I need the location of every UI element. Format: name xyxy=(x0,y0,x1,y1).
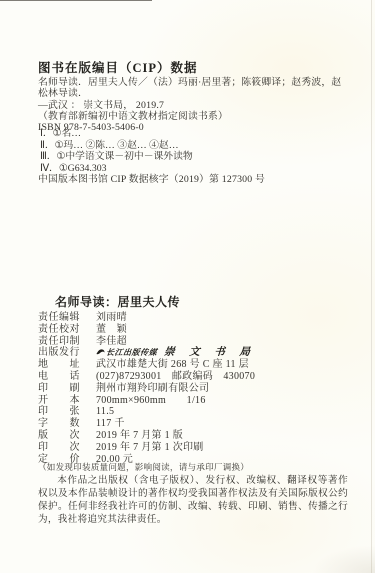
cip-section-title: 图书在版编目（CIP）数据 xyxy=(38,58,198,76)
row-value: 11.5 xyxy=(96,406,114,418)
row-value: 武汉市雄楚大街 268 号 C 座 11 层 xyxy=(96,359,249,371)
page-right-edge-line xyxy=(371,0,372,573)
row-value: 董 颖 xyxy=(96,324,127,336)
copyright-notice-paragraph: 本作品之出版权（含电子版权）、发行权、改编权、翻译权等著作权以及本作品装帧设计的… xyxy=(38,474,348,526)
colophon-row-format: 开 本 700mm×960mm 1/16 xyxy=(38,395,350,407)
row-label: 地 址 xyxy=(38,359,82,371)
classification-item-2: Ⅱ．①玛… ②陈… ③赵… ④赵… xyxy=(40,140,340,152)
row-label: 电 话 xyxy=(38,371,82,383)
colophon-row-publisher: 出版发行 长江出版传媒 崇 文 书 局 xyxy=(38,347,350,359)
row-label: 印 次 xyxy=(38,442,82,454)
row-label: 责任校对 xyxy=(38,324,82,336)
chongwen-imprint-logo: 崇 文 书 局 xyxy=(164,347,257,359)
cip-desc-line-3: （教育部新编初中语文教材指定阅读书系） xyxy=(38,111,350,122)
row-label: 印 张 xyxy=(38,406,82,418)
row-label: 版 次 xyxy=(38,430,82,442)
book-title: 名师导读：居里夫人传 xyxy=(55,293,180,310)
row-value: 2019 年 7 月第 1 次印刷 xyxy=(96,442,204,454)
row-value: 李佳超 xyxy=(96,336,127,348)
classification-item-1: Ⅰ．①名… xyxy=(40,128,340,140)
row-value: 刘雨晴 xyxy=(96,312,127,324)
colophon-table: 责任编辑 刘雨晴 责任校对 董 颖 责任印制 李佳超 出版发行 长江出版传媒 崇… xyxy=(38,312,350,465)
row-value: (027)87293001 邮政编码 430070 xyxy=(96,371,255,383)
colophon-row-sheets: 印 张 11.5 xyxy=(38,406,350,418)
page-top-edge-line xyxy=(0,0,152,1)
colophon-row-impression: 印 次 2019 年 7 月第 1 次印刷 xyxy=(38,442,350,454)
row-value: 117 千 xyxy=(96,418,125,430)
print-quality-note: （如发现印装质量问题，影响阅读，请与承印厂调换） xyxy=(38,461,350,473)
colophon-row-address: 地 址 武汉市雄楚大街 268 号 C 座 11 层 xyxy=(38,359,350,371)
colophon-row-edition: 版 次 2019 年 7 月第 1 版 xyxy=(38,430,350,442)
publisher-logo: 长江出版传媒 崇 文 书 局 xyxy=(96,347,256,360)
row-value: 荆州市翔羚印刷有限公司 xyxy=(96,383,209,395)
classification-item-3: Ⅲ．①中学语文课－初中－课外读物 xyxy=(40,151,340,163)
book-copyright-page: 图书在版编目（CIP）数据 名师导读．居里夫人传／（法）玛丽·居里著；陈筱卿译；… xyxy=(0,0,375,573)
row-label: 出版发行 xyxy=(38,347,82,359)
colophon-row-wordcount: 字 数 117 千 xyxy=(38,418,350,430)
colophon-row-phone: 电 话 (027)87293001 邮政编码 430070 xyxy=(38,371,350,383)
colophon-row-printing-supervisor: 责任印制 李佳超 xyxy=(38,336,350,348)
wave-swoosh-icon xyxy=(95,348,105,360)
row-label: 责任印制 xyxy=(38,336,82,348)
row-label: 字 数 xyxy=(38,418,82,430)
cip-classification-list: Ⅰ．①名… Ⅱ．①玛… ②陈… ③赵… ④赵… Ⅲ．①中学语文课－初中－课外读物… xyxy=(40,128,340,174)
cip-desc-line-1: 名师导读．居里夫人传／（法）玛丽·居里著；陈筱卿译；赵秀波，赵松林导读． xyxy=(38,77,350,100)
colophon-row-editor: 责任编辑 刘雨晴 xyxy=(38,312,350,324)
row-value: 700mm×960mm 1/16 xyxy=(96,395,206,407)
page-corner-shadow xyxy=(285,533,375,573)
changjiang-media-logo: 长江出版传媒 xyxy=(95,347,157,360)
row-value: 2019 年 7 月第 1 版 xyxy=(96,430,183,442)
cip-record-number: 中国版本图书馆 CIP 数据核字（2019）第 127300 号 xyxy=(38,171,350,185)
colophon-row-proofreader: 责任校对 董 颖 xyxy=(38,324,350,336)
row-label: 责任编辑 xyxy=(38,312,82,324)
cip-desc-line-2: —武汉 ： 崇文书局， 2019.7 xyxy=(38,100,350,111)
cip-description: 名师导读．居里夫人传／（法）玛丽·居里著；陈筱卿译；赵秀波，赵松林导读． —武汉… xyxy=(38,77,350,133)
colophon-row-printer: 印 刷 荆州市翔羚印刷有限公司 xyxy=(38,383,350,395)
row-label: 开 本 xyxy=(38,395,82,407)
row-label: 印 刷 xyxy=(38,383,82,395)
